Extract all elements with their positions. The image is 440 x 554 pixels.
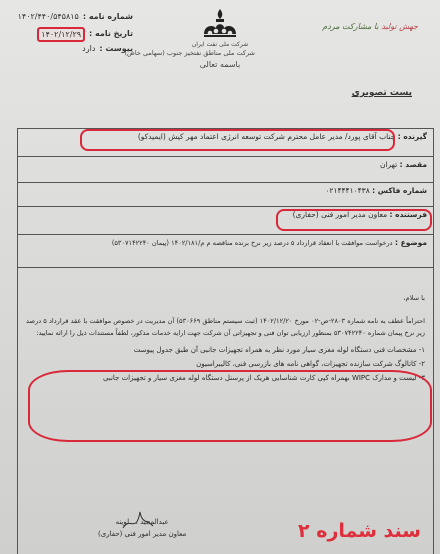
fax-title: پست تصویری: [352, 88, 412, 98]
sender-highlight: [276, 209, 432, 231]
subject-row: موضوع : درخواست موافقت با انعقاد قرارداد…: [18, 235, 433, 268]
recipient-row: گیرنده : جناب آقای پورد/ مدیر عامل محترم…: [18, 129, 433, 157]
letter-date-value: ۱۴۰۲/۱۲/۲۹: [37, 27, 85, 42]
oil-flame-logo-icon: [200, 8, 240, 40]
slogan-red: جهش تولید: [381, 22, 418, 31]
destination-row: مقصد : تهران: [18, 157, 433, 183]
fax-number-row: شماره فاکس : ۰۲۱۴۴۴۱۰۴۳۸: [18, 183, 433, 207]
letter-meta: شماره نامه : ۱۴۰۲/۴۴۰/۵۴۵۸۱۵ تاریخ نامه …: [8, 10, 133, 56]
slogan: جهش تولید با مشارکت مردم: [322, 22, 418, 31]
fax-number-value: ۰۲۱۴۴۴۱۰۴۳۸: [325, 186, 369, 195]
letter-date-label: تاریخ نامه :: [89, 27, 133, 42]
fax-number-label: شماره فاکس :: [372, 186, 427, 195]
signature-block: عبدالمجید ... لوینه معاون مدیر امور فنی …: [98, 516, 186, 540]
subject-label: موضوع :: [395, 238, 427, 247]
destination-value: تهران: [380, 160, 397, 169]
logo-line-3: باسمه تعالی: [185, 60, 255, 69]
letter-number-label: شماره نامه :: [83, 10, 133, 24]
subject-value: درخواست موافقت با انعقاد قرارداد ۵ درصد …: [112, 239, 393, 247]
letter-body: با سلام، احتراماً عطف به نامه شماره ۲۸۰۳…: [18, 268, 433, 391]
attachment-value: دارد: [82, 42, 95, 56]
attachment-row: پیوست : دارد: [8, 42, 133, 56]
logo-line-1: شرکت ملی نفت ایران: [185, 40, 255, 49]
sender-row: فرستنده : معاون مدیر امور فنی (حفاری): [18, 207, 433, 235]
recipient-label: گیرنده :: [398, 132, 427, 141]
scanned-letter: شماره نامه : ۱۴۰۲/۴۴۰/۵۴۵۸۱۵ تاریخ نامه …: [0, 0, 440, 554]
company-logo: شرکت ملی نفت ایران شرکت ملی مناطق نفتخیز…: [185, 8, 255, 69]
document-label: سند شماره ۲: [298, 520, 421, 542]
list-item: ۲- کاتالوگ شرکت سازنده تجهیزات، گواهی نا…: [26, 357, 425, 371]
letter-number-row: شماره نامه : ۱۴۰۲/۴۴۰/۵۴۵۸۱۵: [8, 10, 133, 24]
slogan-green: با مشارکت مردم: [322, 22, 378, 31]
recipient-highlight: [80, 129, 395, 151]
fax-form: گیرنده : جناب آقای پورد/ مدیر عامل محترم…: [17, 128, 434, 554]
signature-scribble-icon: [118, 506, 158, 536]
letter-number-value: ۱۴۰۲/۴۴۰/۵۴۵۸۱۵: [18, 10, 79, 24]
logo-line-2: شرکت ملی مناطق نفتخیز جنوب (سهامی خاص): [185, 49, 255, 58]
list-item: ۱- مشخصات فنی دستگاه لوله مغزی سیار مورد…: [26, 343, 425, 357]
greeting: با سلام،: [26, 292, 425, 305]
destination-label: مقصد :: [400, 160, 427, 169]
body-paragraph: احتراماً عطف به نامه شماره ۲۸۰۳-ص-۰۲ مور…: [26, 315, 425, 340]
letter-date-row: تاریخ نامه : ۱۴۰۲/۱۲/۲۹: [8, 27, 133, 42]
requirements-highlight: [28, 370, 432, 442]
